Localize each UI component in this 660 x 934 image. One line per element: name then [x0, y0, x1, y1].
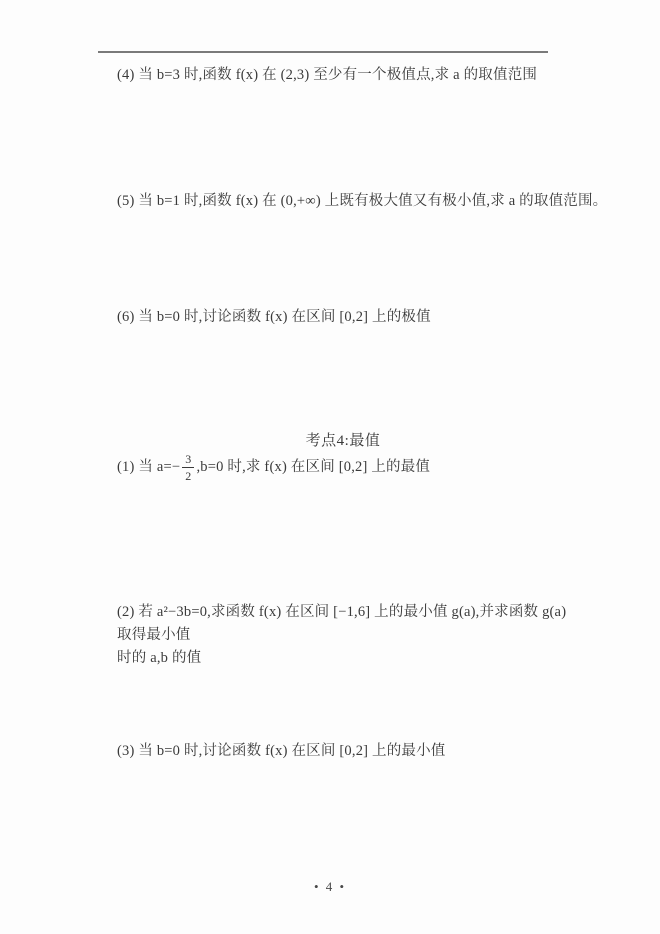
problem-1-pre: (1) 当 a=−: [117, 458, 180, 477]
header-divider-rule: [98, 51, 548, 53]
problem-2-line1: (2) 若 a²−3b=0,求函数 f(x) 在区间 [−1,6] 上的最小值 …: [117, 601, 577, 647]
page-number: • 4 •: [0, 879, 660, 895]
section-heading-kaodian4: 考点4:最值: [117, 429, 569, 450]
problem-1-post: ,b=0 时,求 f(x) 在区间 [0,2] 上的最值: [196, 458, 430, 477]
problem-2-line2: 时的 a,b 的值: [117, 647, 577, 670]
problem-4-text: (4) 当 b=3 时,函数 f(x) 在 (2,3) 至少有一个极值点,求 a…: [117, 66, 577, 85]
problem-3-text: (3) 当 b=0 时,讨论函数 f(x) 在区间 [0,2] 上的最小值: [117, 742, 577, 761]
problem-1-line: (1) 当 a=− 3 2 ,b=0 时,求 f(x) 在区间 [0,2] 上的…: [117, 450, 577, 484]
fraction-numerator: 3: [182, 453, 194, 468]
document-page: (4) 当 b=3 时,函数 f(x) 在 (2,3) 至少有一个极值点,求 a…: [0, 0, 660, 934]
problem-5-text: (5) 当 b=1 时,函数 f(x) 在 (0,+∞) 上既有极大值又有极小值…: [117, 192, 577, 211]
problem-6-text: (6) 当 b=0 时,讨论函数 f(x) 在区间 [0,2] 上的极值: [117, 308, 577, 327]
problem-2-text: (2) 若 a²−3b=0,求函数 f(x) 在区间 [−1,6] 上的最小值 …: [117, 601, 577, 670]
fraction-three-halves: 3 2: [182, 453, 194, 482]
fraction-denominator: 2: [185, 468, 191, 482]
